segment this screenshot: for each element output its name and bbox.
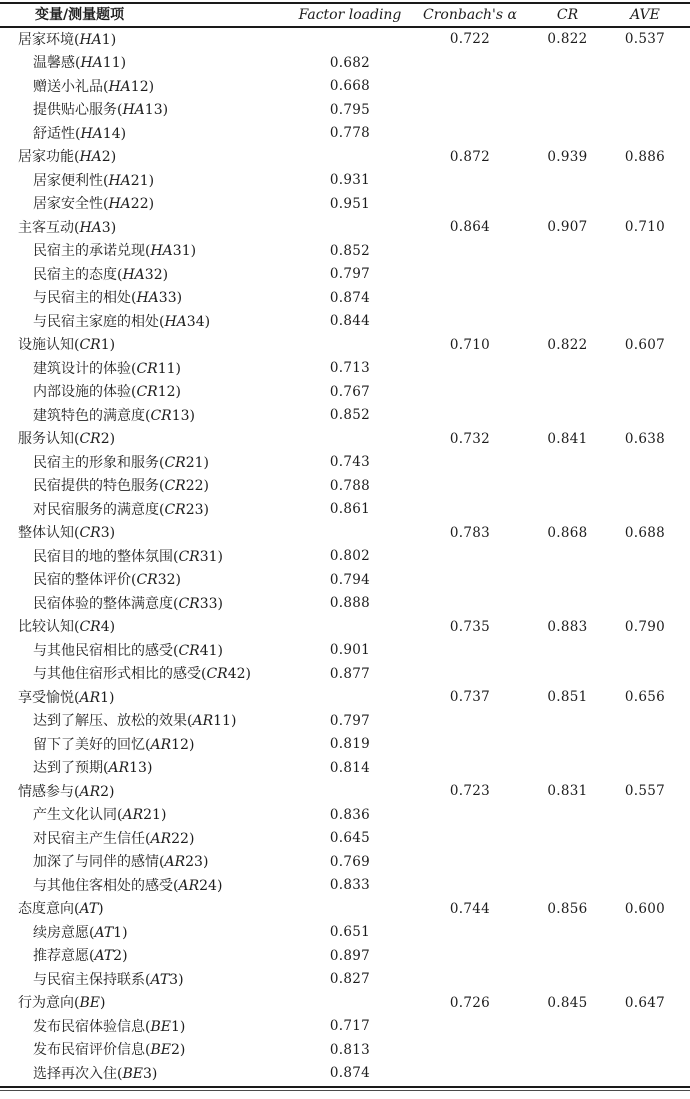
table-row: 比较认知(CR4)0.7350.8830.790 [0, 616, 690, 640]
cell-cr [535, 240, 600, 264]
cell-ave [600, 874, 690, 898]
cell-factor-loading: 0.682 [295, 52, 405, 76]
cell-cronbach-alpha [405, 404, 535, 428]
cell-ave: 0.886 [600, 146, 690, 170]
cell-cr: 0.822 [535, 334, 600, 358]
cell-cr [535, 545, 600, 569]
cell-cronbach-alpha [405, 498, 535, 522]
row-label: 发布民宿评价信息(BE2) [0, 1039, 295, 1063]
cell-cronbach-alpha [405, 122, 535, 146]
cell-ave: 0.647 [600, 992, 690, 1016]
cell-cr [535, 122, 600, 146]
table-row: 达到了解压、放松的效果(AR11)0.797 [0, 710, 690, 734]
table-row: 居家环境(HA1)0.7220.8220.537 [0, 27, 690, 52]
cell-cr [535, 475, 600, 499]
cell-ave [600, 310, 690, 334]
cell-ave: 0.557 [600, 780, 690, 804]
cell-cronbach-alpha [405, 1039, 535, 1063]
row-label: 态度意向(AT) [0, 898, 295, 922]
table-row: 提供贴心服务(HA13)0.795 [0, 99, 690, 123]
cell-cr [535, 357, 600, 381]
cell-cronbach-alpha: 0.732 [405, 428, 535, 452]
row-label: 居家功能(HA2) [0, 146, 295, 170]
cell-cr [535, 851, 600, 875]
cell-ave [600, 639, 690, 663]
row-label: 主客互动(HA3) [0, 216, 295, 240]
cell-cr [535, 52, 600, 76]
row-label: 比较认知(CR4) [0, 616, 295, 640]
table-row: 设施认知(CR1)0.7100.8220.607 [0, 334, 690, 358]
cell-cr: 0.822 [535, 27, 600, 52]
cell-ave [600, 99, 690, 123]
table-row: 民宿目的地的整体氛围(CR31)0.802 [0, 545, 690, 569]
cell-factor-loading: 0.813 [295, 1039, 405, 1063]
row-label: 与其他民宿相比的感受(CR41) [0, 639, 295, 663]
row-label: 内部设施的体验(CR12) [0, 381, 295, 405]
cell-cr [535, 169, 600, 193]
table-row: 对民宿主产生信任(AR22)0.645 [0, 827, 690, 851]
table-row: 与民宿主的相处(HA33)0.874 [0, 287, 690, 311]
cell-cronbach-alpha: 0.710 [405, 334, 535, 358]
row-label: 设施认知(CR1) [0, 334, 295, 358]
cell-factor-loading: 0.874 [295, 1062, 405, 1087]
cell-cronbach-alpha [405, 240, 535, 264]
table-row: 赠送小礼品(HA12)0.668 [0, 75, 690, 99]
header-variable-items: 变量/测量题项 [0, 3, 295, 27]
cell-factor-loading: 0.827 [295, 968, 405, 992]
cell-cr [535, 827, 600, 851]
cell-factor-loading [295, 216, 405, 240]
cell-factor-loading [295, 522, 405, 546]
cell-ave [600, 263, 690, 287]
cell-cr [535, 639, 600, 663]
cell-ave [600, 404, 690, 428]
cell-factor-loading: 0.668 [295, 75, 405, 99]
cell-factor-loading: 0.814 [295, 757, 405, 781]
cell-cronbach-alpha: 0.872 [405, 146, 535, 170]
cell-cronbach-alpha [405, 757, 535, 781]
cell-factor-loading: 0.897 [295, 945, 405, 969]
cell-factor-loading: 0.797 [295, 710, 405, 734]
row-label: 民宿提供的特色服务(CR22) [0, 475, 295, 499]
row-label: 温馨感(HA11) [0, 52, 295, 76]
measurement-model-table: 变量/测量题项 Factor loading Cronbach's α CR A… [0, 2, 690, 1088]
table-row: 留下了美好的回忆(AR12)0.819 [0, 733, 690, 757]
cell-cr [535, 921, 600, 945]
table-row: 民宿提供的特色服务(CR22)0.788 [0, 475, 690, 499]
cell-cronbach-alpha [405, 592, 535, 616]
cell-ave [600, 804, 690, 828]
row-label: 服务认知(CR2) [0, 428, 295, 452]
header-row: 变量/测量题项 Factor loading Cronbach's α CR A… [0, 3, 690, 27]
cell-ave [600, 569, 690, 593]
cell-cronbach-alpha [405, 357, 535, 381]
cell-factor-loading [295, 428, 405, 452]
cell-cr [535, 757, 600, 781]
cell-factor-loading: 0.795 [295, 99, 405, 123]
row-label: 与民宿主家庭的相处(HA34) [0, 310, 295, 334]
cell-cr: 0.883 [535, 616, 600, 640]
cell-cr [535, 75, 600, 99]
cell-ave [600, 545, 690, 569]
table-row: 与其他住客相处的感受(AR24)0.833 [0, 874, 690, 898]
cell-ave [600, 968, 690, 992]
cell-ave: 0.600 [600, 898, 690, 922]
table-row: 建筑特色的满意度(CR13)0.852 [0, 404, 690, 428]
cell-cronbach-alpha [405, 75, 535, 99]
cell-factor-loading: 0.951 [295, 193, 405, 217]
cell-factor-loading: 0.888 [295, 592, 405, 616]
cell-cronbach-alpha [405, 287, 535, 311]
cell-cr [535, 592, 600, 616]
table-row: 内部设施的体验(CR12)0.767 [0, 381, 690, 405]
row-label: 情感参与(AR2) [0, 780, 295, 804]
bottom-rule-thin-line [0, 1090, 690, 1091]
table-row: 与其他住宿形式相比的感受(CR42)0.877 [0, 663, 690, 687]
cell-cronbach-alpha [405, 851, 535, 875]
cell-cr [535, 451, 600, 475]
row-label: 达到了解压、放松的效果(AR11) [0, 710, 295, 734]
cell-factor-loading: 0.852 [295, 240, 405, 264]
row-label: 达到了预期(AR13) [0, 757, 295, 781]
table-row: 选择再次入住(BE3)0.874 [0, 1062, 690, 1087]
cell-ave: 0.688 [600, 522, 690, 546]
cell-cronbach-alpha: 0.735 [405, 616, 535, 640]
cell-cr: 0.939 [535, 146, 600, 170]
cell-factor-loading: 0.877 [295, 663, 405, 687]
cell-ave [600, 592, 690, 616]
table-row: 续房意愿(AT1)0.651 [0, 921, 690, 945]
table-header: 变量/测量题项 Factor loading Cronbach's α CR A… [0, 3, 690, 27]
cell-cr [535, 1015, 600, 1039]
cell-cronbach-alpha [405, 733, 535, 757]
cell-factor-loading [295, 780, 405, 804]
row-label: 发布民宿体验信息(BE1) [0, 1015, 295, 1039]
cell-factor-loading [295, 27, 405, 52]
cell-ave [600, 945, 690, 969]
cell-cr [535, 569, 600, 593]
cell-factor-loading: 0.651 [295, 921, 405, 945]
cell-cronbach-alpha [405, 569, 535, 593]
cell-ave [600, 498, 690, 522]
cell-factor-loading: 0.833 [295, 874, 405, 898]
table-row: 民宿体验的整体满意度(CR33)0.888 [0, 592, 690, 616]
cell-ave [600, 122, 690, 146]
row-label: 民宿目的地的整体氛围(CR31) [0, 545, 295, 569]
table-row: 整体认知(CR3)0.7830.8680.688 [0, 522, 690, 546]
cell-factor-loading [295, 334, 405, 358]
cell-factor-loading: 0.743 [295, 451, 405, 475]
cell-ave [600, 75, 690, 99]
cell-ave [600, 827, 690, 851]
cell-cronbach-alpha [405, 710, 535, 734]
row-label: 享受愉悦(AR1) [0, 686, 295, 710]
row-label: 行为意向(BE) [0, 992, 295, 1016]
cell-cr [535, 193, 600, 217]
cell-ave [600, 1015, 690, 1039]
table-row: 与其他民宿相比的感受(CR41)0.901 [0, 639, 690, 663]
cell-factor-loading: 0.901 [295, 639, 405, 663]
row-label: 与其他住宿形式相比的感受(CR42) [0, 663, 295, 687]
cell-cronbach-alpha [405, 169, 535, 193]
cell-cronbach-alpha [405, 263, 535, 287]
cell-ave [600, 757, 690, 781]
cell-ave [600, 52, 690, 76]
cell-cr: 0.831 [535, 780, 600, 804]
cell-ave [600, 1039, 690, 1063]
cell-factor-loading: 0.717 [295, 1015, 405, 1039]
cell-factor-loading: 0.874 [295, 287, 405, 311]
row-label: 建筑特色的满意度(CR13) [0, 404, 295, 428]
paper-table-page: 变量/测量题项 Factor loading Cronbach's α CR A… [0, 0, 690, 1099]
row-label: 民宿的整体评价(CR32) [0, 569, 295, 593]
row-label: 留下了美好的回忆(AR12) [0, 733, 295, 757]
cell-ave [600, 710, 690, 734]
table-row: 主客互动(HA3)0.8640.9070.710 [0, 216, 690, 240]
cell-cronbach-alpha [405, 193, 535, 217]
cell-cronbach-alpha [405, 827, 535, 851]
table-row: 情感参与(AR2)0.7230.8310.557 [0, 780, 690, 804]
cell-cronbach-alpha [405, 968, 535, 992]
cell-cronbach-alpha [405, 1062, 535, 1087]
cell-cr [535, 381, 600, 405]
cell-cronbach-alpha [405, 451, 535, 475]
cell-factor-loading: 0.788 [295, 475, 405, 499]
table-row: 享受愉悦(AR1)0.7370.8510.656 [0, 686, 690, 710]
cell-ave [600, 1062, 690, 1087]
cell-factor-loading [295, 898, 405, 922]
cell-cr: 0.868 [535, 522, 600, 546]
table-body: 居家环境(HA1)0.7220.8220.537温馨感(HA11)0.682赠送… [0, 27, 690, 1087]
table-row: 行为意向(BE)0.7260.8450.647 [0, 992, 690, 1016]
row-label: 与民宿主保持联系(AT3) [0, 968, 295, 992]
cell-cronbach-alpha: 0.723 [405, 780, 535, 804]
cell-cronbach-alpha: 0.783 [405, 522, 535, 546]
cell-ave [600, 240, 690, 264]
header-ave: AVE [600, 3, 690, 27]
cell-cronbach-alpha: 0.737 [405, 686, 535, 710]
cell-ave [600, 357, 690, 381]
row-label: 续房意愿(AT1) [0, 921, 295, 945]
cell-cr: 0.907 [535, 216, 600, 240]
cell-cronbach-alpha [405, 804, 535, 828]
cell-factor-loading: 0.797 [295, 263, 405, 287]
table-row: 民宿主的承诺兑现(HA31)0.852 [0, 240, 690, 264]
cell-factor-loading: 0.645 [295, 827, 405, 851]
cell-cronbach-alpha [405, 874, 535, 898]
table-row: 推荐意愿(AT2)0.897 [0, 945, 690, 969]
cell-cr: 0.856 [535, 898, 600, 922]
table-row: 服务认知(CR2)0.7320.8410.638 [0, 428, 690, 452]
cell-factor-loading: 0.778 [295, 122, 405, 146]
table-row: 发布民宿体验信息(BE1)0.717 [0, 1015, 690, 1039]
row-label: 赠送小礼品(HA12) [0, 75, 295, 99]
cell-cr [535, 945, 600, 969]
row-label: 提供贴心服务(HA13) [0, 99, 295, 123]
cell-cronbach-alpha [405, 663, 535, 687]
table-row: 居家安全性(HA22)0.951 [0, 193, 690, 217]
row-label: 对民宿服务的满意度(CR23) [0, 498, 295, 522]
header-cronbach-alpha: Cronbach's α [405, 3, 535, 27]
cell-factor-loading: 0.802 [295, 545, 405, 569]
cell-cr: 0.851 [535, 686, 600, 710]
row-label: 居家环境(HA1) [0, 27, 295, 52]
cell-ave [600, 169, 690, 193]
row-label: 民宿主的态度(HA32) [0, 263, 295, 287]
cell-factor-loading: 0.769 [295, 851, 405, 875]
table-row: 居家便利性(HA21)0.931 [0, 169, 690, 193]
row-label: 与民宿主的相处(HA33) [0, 287, 295, 311]
cell-cr [535, 1039, 600, 1063]
table-row: 民宿主的形象和服务(CR21)0.743 [0, 451, 690, 475]
cell-ave: 0.537 [600, 27, 690, 52]
table-row: 达到了预期(AR13)0.814 [0, 757, 690, 781]
table-row: 产生文化认同(AR21)0.836 [0, 804, 690, 828]
cell-cr [535, 710, 600, 734]
cell-cr [535, 968, 600, 992]
cell-cronbach-alpha [405, 52, 535, 76]
cell-cr [535, 733, 600, 757]
cell-cronbach-alpha: 0.864 [405, 216, 535, 240]
table-row: 态度意向(AT)0.7440.8560.600 [0, 898, 690, 922]
cell-factor-loading: 0.931 [295, 169, 405, 193]
cell-cr [535, 287, 600, 311]
cell-ave [600, 193, 690, 217]
cell-cronbach-alpha [405, 99, 535, 123]
row-label: 居家安全性(HA22) [0, 193, 295, 217]
cell-ave: 0.710 [600, 216, 690, 240]
cell-cr [535, 498, 600, 522]
table-row: 与民宿主家庭的相处(HA34)0.844 [0, 310, 690, 334]
cell-ave [600, 851, 690, 875]
cell-factor-loading: 0.852 [295, 404, 405, 428]
row-label: 居家便利性(HA21) [0, 169, 295, 193]
cell-cronbach-alpha [405, 945, 535, 969]
cell-ave [600, 663, 690, 687]
cell-ave [600, 733, 690, 757]
cell-cr [535, 310, 600, 334]
cell-ave [600, 475, 690, 499]
cell-cronbach-alpha: 0.744 [405, 898, 535, 922]
cell-ave: 0.607 [600, 334, 690, 358]
row-label: 加深了与同伴的感情(AR23) [0, 851, 295, 875]
cell-factor-loading: 0.819 [295, 733, 405, 757]
row-label: 整体认知(CR3) [0, 522, 295, 546]
table-row: 与民宿主保持联系(AT3)0.827 [0, 968, 690, 992]
cell-factor-loading: 0.713 [295, 357, 405, 381]
table-row: 建筑设计的体验(CR11)0.713 [0, 357, 690, 381]
cell-ave: 0.638 [600, 428, 690, 452]
cell-cr [535, 663, 600, 687]
cell-cr [535, 1062, 600, 1087]
cell-factor-loading: 0.836 [295, 804, 405, 828]
table-row: 对民宿服务的满意度(CR23)0.861 [0, 498, 690, 522]
header-cr: CR [535, 3, 600, 27]
cell-cronbach-alpha [405, 921, 535, 945]
cell-cronbach-alpha [405, 639, 535, 663]
table-row: 居家功能(HA2)0.8720.9390.886 [0, 146, 690, 170]
row-label: 民宿主的形象和服务(CR21) [0, 451, 295, 475]
table-row: 温馨感(HA11)0.682 [0, 52, 690, 76]
row-label: 产生文化认同(AR21) [0, 804, 295, 828]
cell-factor-loading: 0.861 [295, 498, 405, 522]
row-label: 民宿体验的整体满意度(CR33) [0, 592, 295, 616]
cell-cr [535, 263, 600, 287]
table-row: 民宿的整体评价(CR32)0.794 [0, 569, 690, 593]
cell-cronbach-alpha: 0.722 [405, 27, 535, 52]
cell-factor-loading: 0.844 [295, 310, 405, 334]
cell-factor-loading [295, 686, 405, 710]
cell-cronbach-alpha: 0.726 [405, 992, 535, 1016]
cell-cr: 0.845 [535, 992, 600, 1016]
row-label: 对民宿主产生信任(AR22) [0, 827, 295, 851]
header-factor-loading: Factor loading [295, 3, 405, 27]
row-label: 舒适性(HA14) [0, 122, 295, 146]
row-label: 建筑设计的体验(CR11) [0, 357, 295, 381]
table-row: 加深了与同伴的感情(AR23)0.769 [0, 851, 690, 875]
cell-factor-loading [295, 616, 405, 640]
cell-cronbach-alpha [405, 475, 535, 499]
cell-factor-loading: 0.794 [295, 569, 405, 593]
cell-cronbach-alpha [405, 1015, 535, 1039]
cell-factor-loading: 0.767 [295, 381, 405, 405]
cell-factor-loading [295, 992, 405, 1016]
row-label: 民宿主的承诺兑现(HA31) [0, 240, 295, 264]
cell-ave: 0.656 [600, 686, 690, 710]
cell-cr [535, 404, 600, 428]
cell-ave: 0.790 [600, 616, 690, 640]
cell-ave [600, 381, 690, 405]
cell-factor-loading [295, 146, 405, 170]
cell-ave [600, 287, 690, 311]
cell-cr [535, 874, 600, 898]
cell-cronbach-alpha [405, 545, 535, 569]
table-row: 民宿主的态度(HA32)0.797 [0, 263, 690, 287]
table-row: 发布民宿评价信息(BE2)0.813 [0, 1039, 690, 1063]
cell-cr [535, 804, 600, 828]
row-label: 推荐意愿(AT2) [0, 945, 295, 969]
cell-cr [535, 99, 600, 123]
cell-cronbach-alpha [405, 310, 535, 334]
cell-cr: 0.841 [535, 428, 600, 452]
row-label: 选择再次入住(BE3) [0, 1062, 295, 1087]
row-label: 与其他住客相处的感受(AR24) [0, 874, 295, 898]
cell-ave [600, 921, 690, 945]
cell-cronbach-alpha [405, 381, 535, 405]
cell-ave [600, 451, 690, 475]
table-row: 舒适性(HA14)0.778 [0, 122, 690, 146]
